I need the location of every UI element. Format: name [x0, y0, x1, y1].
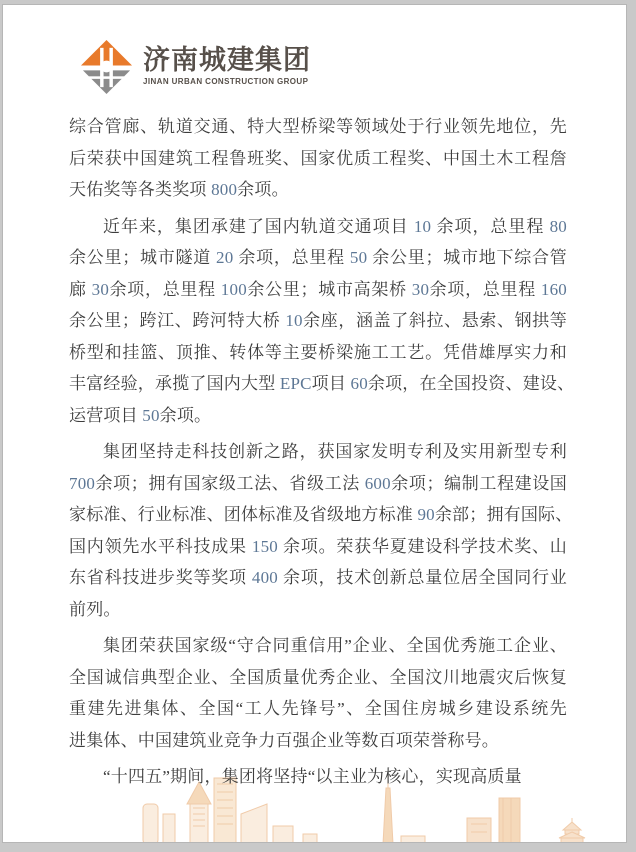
paragraph: 集团荣获国家级“守合同重信用”企业、全国优秀施工企业、 全国诚信典型企业、全国质… [69, 630, 567, 756]
paragraph-line: “十四五”期间，集团将坚持“以主业为核心，实现高质量 [69, 761, 567, 793]
paragraph-line: 集团坚持走科技创新之路，获国家发明专利及实用新型专利 [69, 436, 567, 468]
paragraph-line: 廊 30余项，总里程 100余公里；城市高架桥 30余项，总里程 160 [69, 274, 567, 306]
paragraph-line: 桥型和挂篮、顶推、转体等主要桥梁施工工艺。凭借雄厚实力和 [69, 337, 567, 369]
paragraph-line: 近年来，集团承建了国内轨道交通项目 10 余项，总里程 80 [69, 211, 567, 243]
paragraph-line: 运营项目 50余项。 [69, 400, 567, 432]
document-page: 济南城建集团 JINAN URBAN CONSTRUCTION GROUP 综合… [2, 4, 627, 843]
paragraph-line: 余公里；跨江、跨河特大桥 10余座，涵盖了斜拉、悬索、钢拱等 [69, 305, 567, 337]
company-name-cn: 济南城建集团 [143, 46, 311, 76]
company-name-en: JINAN URBAN CONSTRUCTION GROUP [143, 77, 311, 86]
paragraph-line: 集团荣获国家级“守合同重信用”企业、全国优秀施工企业、 [69, 630, 567, 662]
paragraph: 近年来，集团承建了国内轨道交通项目 10 余项，总里程 80 余公里；城市隧道 … [69, 211, 567, 432]
paragraph-line: 进集体、中国建筑业竞争力百强企业等数百项荣誉称号。 [69, 725, 567, 757]
paragraph-line: 前列。 [69, 594, 567, 626]
paragraph-line: 全国诚信典型企业、全国质量优秀企业、全国汶川地震灾后恢复 [69, 662, 567, 694]
paragraph-line: 重建先进集体、全国“工人先锋号”、全国住房城乡建设系统先 [69, 693, 567, 725]
paragraph-line: 丰富经验，承揽了国内大型 EPC项目 60余项，在全国投资、建设、 [69, 368, 567, 400]
company-logo: 济南城建集团 JINAN URBAN CONSTRUCTION GROUP [79, 38, 567, 94]
document-body: 综合管廊、轨道交通、特大型桥梁等领域处于行业领先地位，先 后荣获中国建筑工程鲁班… [69, 111, 567, 793]
paragraph-line: 700余项；拥有国家级工法、省级工法 600余项；编制工程建设国 [69, 468, 567, 500]
paragraph-line: 天佑奖等各类奖项 800余项。 [69, 174, 567, 206]
paragraph-line: 东省科技进步奖等奖项 400 余项，技术创新总量位居全国同行业 [69, 562, 567, 594]
paragraph: 集团坚持走科技创新之路，获国家发明专利及实用新型专利 700余项；拥有国家级工法… [69, 436, 567, 625]
paragraph-line: 家标准、行业标准、团体标准及省级地方标准 90余部；拥有国际、 [69, 499, 567, 531]
paragraph-line: 后荣获中国建筑工程鲁班奖、国家优质工程奖、中国土木工程詹 [69, 143, 567, 175]
paragraph-line: 综合管廊、轨道交通、特大型桥梁等领域处于行业领先地位，先 [69, 111, 567, 143]
bridge-diamond-icon [79, 39, 134, 94]
paragraph: 综合管廊、轨道交通、特大型桥梁等领域处于行业领先地位，先 后荣获中国建筑工程鲁班… [69, 111, 567, 206]
paragraph: “十四五”期间，集团将坚持“以主业为核心，实现高质量 [69, 761, 567, 793]
paragraph-line: 余公里；城市隧道 20 余项，总里程 50 余公里；城市地下综合管 [69, 242, 567, 274]
paragraph-line: 国内领先水平科技成果 150 余项。荣获华夏建设科学技术奖、山 [69, 531, 567, 563]
